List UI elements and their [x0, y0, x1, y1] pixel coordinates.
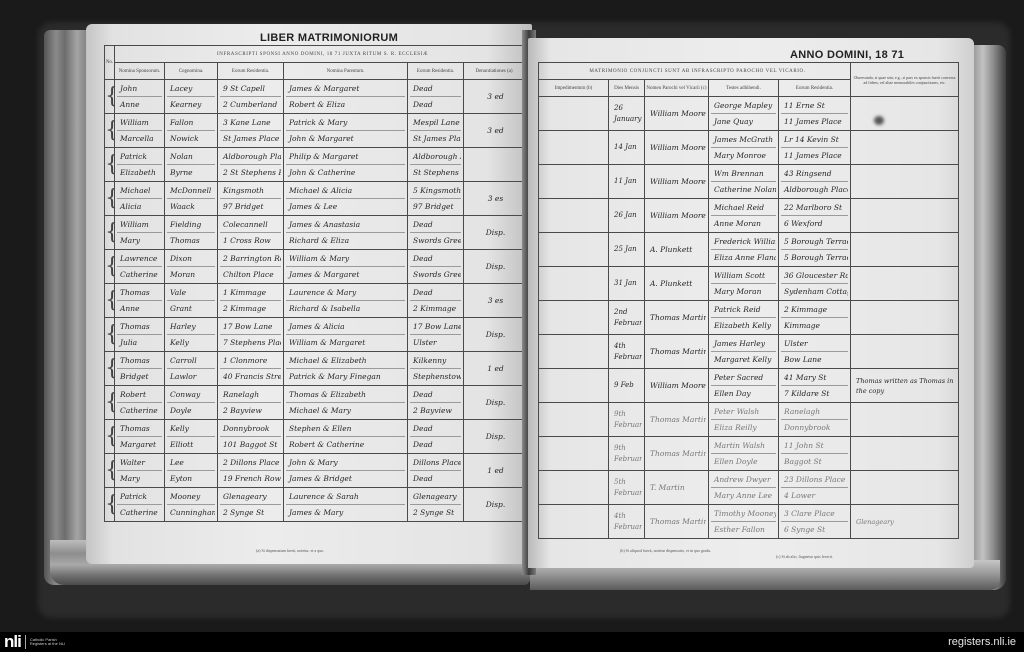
handwritten-entry: Michael Reid	[711, 200, 776, 216]
handwritten-entry: 17 Bow Lane	[220, 319, 281, 335]
handwritten-entry: 6 Synge St	[781, 522, 848, 537]
handwritten-entry: 40 Francis Street	[220, 369, 281, 384]
table-row: {ThomasJuliaHarleyKelly17 Bow Lane7 Step…	[105, 318, 525, 352]
handwritten-entry: 2 Kimmage	[781, 302, 848, 318]
handwritten-entry: 11 Jan	[611, 176, 642, 187]
cell-residences: Colecannell1 Cross Row	[218, 216, 284, 250]
handwritten-entry: 2 Cumberland	[220, 97, 281, 112]
cell-notes	[851, 403, 959, 437]
cell-priest: William Moore	[645, 199, 709, 233]
cell-residences: Ranelagh2 Bayview	[218, 386, 284, 420]
handwritten-entry: Martin Walsh	[711, 438, 776, 454]
handwritten-entry: 5 Borough Terrace	[781, 234, 848, 250]
cell-date: 25 Jan	[609, 233, 645, 267]
handwritten-entry: Eliza Reilly	[711, 420, 776, 435]
handwritten-entry: 9th February	[611, 409, 642, 431]
cell-impediment	[539, 267, 609, 301]
table-row: 14 JanWilliam MooreJames McGrathMary Mon…	[539, 131, 959, 165]
handwritten-entry: Thomas	[117, 421, 162, 437]
cell-date: 9 Feb	[609, 369, 645, 403]
cell-witness-residence: 41 Mary St7 Kildare St	[779, 369, 851, 403]
handwritten-entry: Mary	[117, 471, 162, 486]
cell-witness-residence: 11 John StBaggot St	[779, 437, 851, 471]
cell-parents-residence: Dead2 Kimmage	[408, 284, 464, 318]
entry-brace: {	[105, 216, 115, 250]
cell-residences: 17 Bow Lane7 Stephens Place	[218, 318, 284, 352]
cell-priest: Thomas Martin	[645, 403, 709, 437]
cell-priest: Thomas Martin	[645, 301, 709, 335]
handwritten-entry: Kearney	[167, 97, 215, 112]
handwritten-entry: Walter	[117, 455, 162, 471]
handwritten-entry: T. Martin	[647, 480, 706, 495]
handwritten-entry: Grant	[167, 301, 215, 316]
table-row: 4th FebruaryThomas MartinTimothy MooneyE…	[539, 505, 959, 539]
cell-notes: Thomas written as Thomas in the copy	[851, 369, 959, 403]
table-row: 4th FebruaryThomas MartinJames HarleyMar…	[539, 335, 959, 369]
handwritten-entry: 31 Jan	[611, 278, 642, 289]
handwritten-entry: Elliott	[167, 437, 215, 452]
handwritten-entry: Lawrence	[117, 251, 162, 267]
cell-priest: T. Martin	[645, 471, 709, 505]
handwritten-entry: St James Place	[220, 131, 281, 146]
col-header-given: Nomina Sponsorum.	[115, 63, 165, 80]
cell-banns	[464, 148, 525, 182]
handwritten-entry: George Mapley	[711, 98, 776, 114]
handwritten-entry: 9 Feb	[611, 380, 642, 391]
handwritten-entry: 43 Ringsend	[781, 166, 848, 182]
cell-date: 9th February	[609, 403, 645, 437]
handwritten-entry: Swords Green	[410, 233, 461, 248]
handwritten-entry: St Stephens Place	[410, 165, 461, 180]
handwritten-entry: Thomas	[117, 319, 162, 335]
handwritten-entry: 11 John St	[781, 438, 848, 454]
handwritten-entry: Aldborough Place	[220, 149, 281, 165]
handwritten-entry: William Moore	[647, 208, 706, 223]
handwritten-entry: 17 Bow Lane	[410, 319, 461, 335]
cell-parents-residence: 17 Bow LaneUlster	[408, 318, 464, 352]
cell-surnames: ValeGrant	[165, 284, 218, 318]
cell-surnames: ConwayDoyle	[165, 386, 218, 420]
cell-impediment	[539, 131, 609, 165]
left-page-title: LIBER MATRIMONIORUM	[260, 32, 398, 44]
right-page-footnote-b: (b) Si aliquod fuerit, notetur dispensat…	[620, 548, 711, 553]
cell-notes	[851, 165, 959, 199]
handwritten-entry: William Moore	[647, 378, 706, 393]
cell-notes	[851, 97, 959, 131]
handwritten-entry: Richard & Eliza	[286, 233, 405, 248]
table-row: 5th FebruaryT. MartinAndrew DwyerMary An…	[539, 471, 959, 505]
entry-brace: {	[105, 80, 115, 114]
handwritten-entry: 2 Bayview	[220, 403, 281, 418]
cell-impediment	[539, 403, 609, 437]
nli-logo-mark: nli	[4, 633, 21, 651]
handwritten-entry: Robert & Eliza	[286, 97, 405, 112]
cell-banns: Disp.	[464, 216, 525, 250]
handwritten-entry: James & Anastasia	[286, 217, 405, 233]
handwritten-entry: 2 Kimmage	[220, 301, 281, 316]
cell-parents-names: Michael & AliciaJames & Lee	[284, 182, 408, 216]
cell-date: 11 Jan	[609, 165, 645, 199]
handwritten-entry: Disp.	[466, 327, 522, 342]
handwritten-entry: Thomas Martin	[647, 310, 706, 325]
handwritten-entry: Thomas	[117, 285, 162, 301]
handwritten-entry: 9th February	[611, 443, 642, 465]
cell-given-names: ThomasJulia	[115, 318, 165, 352]
handwritten-entry: Disp.	[466, 259, 522, 274]
handwritten-entry: Aldborough Place	[410, 149, 461, 165]
handwritten-entry: Marcella	[117, 131, 162, 146]
cell-parents-names: James & AnastasiaRichard & Eliza	[284, 216, 408, 250]
cell-parents-residence: DeadDead	[408, 420, 464, 454]
handwritten-entry: 26 Jan	[611, 210, 642, 221]
handwritten-entry: Margaret Kelly	[711, 352, 776, 367]
cell-banns: 3 ed	[464, 80, 525, 114]
table-row: 11 JanWilliam MooreWm BrennanCatherine N…	[539, 165, 959, 199]
entry-brace: {	[105, 386, 115, 420]
handwritten-entry: James McGrath	[711, 132, 776, 148]
cell-notes	[851, 199, 959, 233]
handwritten-entry: Carroll	[167, 353, 215, 369]
handwritten-entry: Disp.	[466, 429, 522, 444]
handwritten-entry: Catherine	[117, 403, 162, 418]
handwritten-entry: Baggot St	[781, 454, 848, 469]
marriage-register-table-right: MATRIMONIO CONJUNCTI SUNT AB INFRASCRIPT…	[538, 62, 959, 539]
handwritten-entry: Bridget	[117, 369, 162, 384]
col-header-priest: Nomen Parochi vel Vicarii (c)	[645, 80, 709, 97]
handwritten-entry: Patrick Reid	[711, 302, 776, 318]
handwritten-entry: Dixon	[167, 251, 215, 267]
table-row: 31 JanA. PlunkettWilliam ScottMary Moran…	[539, 267, 959, 301]
logo-divider	[25, 635, 26, 649]
cell-surnames: DixonMoran	[165, 250, 218, 284]
left-page-banner: INFRASCRIPTI SPONSI ANNO DOMINI, 18 71 J…	[115, 46, 525, 63]
handwritten-entry: 1 ed	[466, 361, 522, 376]
cell-parents-residence: Glenageary2 Synge St	[408, 488, 464, 522]
viewer-footer	[0, 632, 1024, 652]
handwritten-entry: Disp.	[466, 225, 522, 240]
handwritten-entry: A. Plunkett	[647, 242, 706, 257]
cell-parents-residence: DeadDead	[408, 80, 464, 114]
cell-parents-residence: KilkennyStephenstown	[408, 352, 464, 386]
handwritten-entry: Ranelagh	[781, 404, 848, 420]
cell-notes	[851, 131, 959, 165]
handwritten-entry: 9 St Capell	[220, 81, 281, 97]
handwritten-entry: William Scott	[711, 268, 776, 284]
handwritten-entry: 97 Bridget	[410, 199, 461, 214]
handwritten-entry: McDonnell	[167, 183, 215, 199]
handwritten-entry: Patrick	[117, 149, 162, 165]
entry-brace: {	[105, 454, 115, 488]
table-row: 2nd FebruaryThomas MartinPatrick ReidEli…	[539, 301, 959, 335]
cell-banns: 3 es	[464, 182, 525, 216]
cell-residences: 3 Kane LaneSt James Place	[218, 114, 284, 148]
handwritten-entry: Laurence & Sarah	[286, 489, 405, 505]
handwritten-entry: 4th February	[611, 511, 642, 533]
table-row: {ThomasAnneValeGrant1 Kimmage2 KimmageLa…	[105, 284, 525, 318]
handwritten-entry: Mary	[117, 233, 162, 248]
handwritten-entry: Lawlor	[167, 369, 215, 384]
table-row: {ThomasBridgetCarrollLawlor1 Clonmore40 …	[105, 352, 525, 386]
handwritten-entry: John & Catherine	[286, 165, 405, 180]
handwritten-entry: William Moore	[647, 140, 706, 155]
handwritten-entry: Mary Anne Lee	[711, 488, 776, 503]
table-row: 9th FebruaryThomas MartinMartin WalshEll…	[539, 437, 959, 471]
cell-surnames: HarleyKelly	[165, 318, 218, 352]
table-row: 25 JanA. PlunkettFrederick William Flana…	[539, 233, 959, 267]
cell-witnesses: Michael ReidAnne Moran	[709, 199, 779, 233]
handwritten-entry: Kelly	[167, 335, 215, 350]
handwritten-entry: 11 Erne St	[781, 98, 848, 114]
handwritten-entry: Nolan	[167, 149, 215, 165]
cell-banns: 3 es	[464, 284, 525, 318]
handwritten-entry: Anne	[117, 97, 162, 112]
handwritten-entry: Anne	[117, 301, 162, 316]
cell-parents-residence: Aldborough PlaceSt Stephens Place	[408, 148, 464, 182]
handwritten-entry: 3 es	[466, 191, 522, 206]
handwritten-entry: Thomas Martin	[647, 514, 706, 529]
cell-surnames: MooneyCunningham	[165, 488, 218, 522]
entry-brace: {	[105, 318, 115, 352]
cell-impediment	[539, 97, 609, 131]
cell-date: 31 Jan	[609, 267, 645, 301]
handwritten-entry: Mooney	[167, 489, 215, 505]
cell-parents-residence: DeadSwords Green	[408, 250, 464, 284]
cell-witnesses: William ScottMary Moran	[709, 267, 779, 301]
cell-impediment	[539, 471, 609, 505]
handwritten-entry: Aldborough Place	[781, 182, 848, 197]
handwritten-entry: Thomas & Elizabeth	[286, 387, 405, 403]
handwritten-entry: William	[117, 217, 162, 233]
cell-parents-residence: Dillons PlaceDead	[408, 454, 464, 488]
cell-priest: William Moore	[645, 165, 709, 199]
cell-priest: Thomas Martin	[645, 505, 709, 539]
handwritten-entry: 2 Dillons Place	[220, 455, 281, 471]
cell-given-names: WilliamMary	[115, 216, 165, 250]
handwritten-entry: Fielding	[167, 217, 215, 233]
handwritten-entry: Robert & Catherine	[286, 437, 405, 452]
cell-witnesses: Wm BrennanCatherine Nolan	[709, 165, 779, 199]
cell-witness-residence: 36 Gloucester RoadSydenham Cottage	[779, 267, 851, 301]
handwritten-entry: Dillons Place	[410, 455, 461, 471]
handwritten-entry: William & Margaret	[286, 335, 405, 350]
handwritten-entry: Dead	[410, 251, 461, 267]
handwritten-entry: John & Margaret	[286, 131, 405, 146]
handwritten-entry: John	[117, 81, 162, 97]
handwritten-entry: 7 Kildare St	[781, 386, 848, 401]
cell-surnames: LaceyKearney	[165, 80, 218, 114]
handwritten-entry: Patrick	[117, 489, 162, 505]
cell-priest: Thomas Martin	[645, 437, 709, 471]
handwritten-entry: 41 Mary St	[781, 370, 848, 386]
cell-impediment	[539, 437, 609, 471]
handwritten-entry: Lee	[167, 455, 215, 471]
table-row: 9th FebruaryThomas MartinPeter WalshEliz…	[539, 403, 959, 437]
cell-banns: 1 ed	[464, 352, 525, 386]
handwritten-entry: Laurence & Mary	[286, 285, 405, 301]
cell-banns: Disp.	[464, 488, 525, 522]
cell-witnesses: James HarleyMargaret Kelly	[709, 335, 779, 369]
handwritten-entry: 2 Synge St	[410, 505, 461, 520]
handwritten-entry: 3 ed	[466, 123, 522, 138]
table-row: {RobertCatherineConwayDoyleRanelagh2 Bay…	[105, 386, 525, 420]
handwritten-entry: 14 Jan	[611, 142, 642, 153]
handwritten-entry: 1 Kimmage	[220, 285, 281, 301]
handwritten-entry: 2 St Stephens Place	[220, 165, 281, 180]
handwritten-entry: Glenageary	[853, 517, 956, 527]
cell-banns: Disp.	[464, 386, 525, 420]
cell-witness-residence: 2 KimmageKimmage	[779, 301, 851, 335]
register-page-left: LIBER MATRIMONIORUM No. INFRASCRIPTI SPO…	[86, 24, 532, 564]
handwritten-entry: Colecannell	[220, 217, 281, 233]
cell-surnames: KellyElliott	[165, 420, 218, 454]
table-row: 26 JanuaryWilliam MooreGeorge MapleyJane…	[539, 97, 959, 131]
cell-parents-names: Michael & ElizabethPatrick & Mary Finega…	[284, 352, 408, 386]
handwritten-entry: Ellen Day	[711, 386, 776, 401]
cell-surnames: CarrollLawlor	[165, 352, 218, 386]
handwritten-entry: James & Lee	[286, 199, 405, 214]
entry-brace: {	[105, 352, 115, 386]
handwritten-entry: Mary Monroe	[711, 148, 776, 163]
cell-priest: William Moore	[645, 97, 709, 131]
handwritten-entry: 3 ed	[466, 89, 522, 104]
cell-witness-residence: 5 Borough Terrace5 Borough Terrace	[779, 233, 851, 267]
entry-brace: {	[105, 182, 115, 216]
cell-impediment	[539, 505, 609, 539]
handwritten-entry: Disp.	[466, 497, 522, 512]
cell-parents-names: Laurence & SarahJames & Mary	[284, 488, 408, 522]
handwritten-entry: 26 January	[611, 103, 642, 125]
handwritten-entry: Dead	[410, 97, 461, 112]
handwritten-entry: Harley	[167, 319, 215, 335]
handwritten-entry: James Harley	[711, 336, 776, 352]
handwritten-entry: Swords Green	[410, 267, 461, 282]
handwritten-entry: Dead	[410, 437, 461, 452]
handwritten-entry: Dead	[410, 471, 461, 486]
col-header-parents: Nomina Parentum.	[284, 63, 408, 80]
cell-witnesses: Patrick ReidElizabeth Kelly	[709, 301, 779, 335]
cell-parents-names: James & MargaretRobert & Eliza	[284, 80, 408, 114]
handwritten-entry: Donnybrook	[781, 420, 848, 435]
handwritten-entry: Dead	[410, 387, 461, 403]
image-viewer[interactable]: LIBER MATRIMONIORUM No. INFRASCRIPTI SPO…	[0, 0, 1024, 632]
cell-date: 4th February	[609, 505, 645, 539]
cell-witnesses: Martin WalshEllen Doyle	[709, 437, 779, 471]
cell-priest: Thomas Martin	[645, 335, 709, 369]
cell-witness-residence: 3 Clare Place6 Synge St	[779, 505, 851, 539]
handwritten-entry: Elizabeth	[117, 165, 162, 180]
cell-parents-residence: Dead2 Bayview	[408, 386, 464, 420]
marriage-register-table-left: No. INFRASCRIPTI SPONSI ANNO DOMINI, 18 …	[104, 45, 525, 522]
cell-witness-residence: 11 Erne St11 James Place	[779, 97, 851, 131]
cell-banns: 1 ed	[464, 454, 525, 488]
cell-witnesses: James McGrathMary Monroe	[709, 131, 779, 165]
handwritten-entry: Thomas Martin	[647, 446, 706, 461]
handwritten-entry: 2 Barrington Road	[220, 251, 281, 267]
col-header-parents-residence: Eorum Residentia.	[408, 63, 464, 80]
handwritten-entry: Peter Sacred	[711, 370, 776, 386]
cell-given-names: RobertCatherine	[115, 386, 165, 420]
handwritten-entry: 19 French Row	[220, 471, 281, 486]
cell-witnesses: Frederick William FlanaganEliza Anne Fla…	[709, 233, 779, 267]
nli-logo[interactable]: nli Catholic Parish Registers at the NLI	[4, 633, 70, 651]
cell-priest: William Moore	[645, 369, 709, 403]
handwritten-entry: Thomas	[117, 353, 162, 369]
handwritten-entry: Alicia	[117, 199, 162, 214]
left-page-footnote: (a) Si dispensatum fuerit, notetur, et a…	[256, 548, 324, 553]
handwritten-entry: Donnybrook	[220, 421, 281, 437]
cell-parents-names: Philip & MargaretJohn & Catherine	[284, 148, 408, 182]
right-page-banner: MATRIMONIO CONJUNCTI SUNT AB INFRASCRIPT…	[539, 63, 851, 80]
handwritten-entry: 4th February	[611, 341, 642, 363]
handwritten-entry: Michael & Elizabeth	[286, 353, 405, 369]
cell-residences: Glenageary2 Synge St	[218, 488, 284, 522]
cell-witness-residence: UlsterBow Lane	[779, 335, 851, 369]
handwritten-entry: 11 James Place	[781, 114, 848, 129]
cell-date: 9th February	[609, 437, 645, 471]
handwritten-entry: Mary Moran	[711, 284, 776, 299]
handwritten-entry: 2 Kimmage	[410, 301, 461, 316]
handwritten-entry: 101 Baggot St	[220, 437, 281, 452]
cell-impediment	[539, 335, 609, 369]
handwritten-entry: Anne Moran	[711, 216, 776, 231]
table-row: {WilliamMaryFieldingThomasColecannell1 C…	[105, 216, 525, 250]
cell-witness-residence: 23 Dillons Place4 Lower	[779, 471, 851, 505]
handwritten-entry: Esther Fallon	[711, 522, 776, 537]
handwritten-entry: Thomas Martin	[647, 412, 706, 427]
cell-date: 5th February	[609, 471, 645, 505]
handwritten-entry: Jane Quay	[711, 114, 776, 129]
handwritten-entry: John & Mary	[286, 455, 405, 471]
cell-parents-residence: 5 Kingsmoth Str97 Bridget	[408, 182, 464, 216]
cell-notes	[851, 335, 959, 369]
cell-date: 26 January	[609, 97, 645, 131]
cell-given-names: ThomasAnne	[115, 284, 165, 318]
cell-banns: Disp.	[464, 420, 525, 454]
handwritten-entry: Julia	[117, 335, 162, 350]
handwritten-entry: James & Margaret	[286, 267, 405, 282]
handwritten-entry: Kelly	[167, 421, 215, 437]
col-header-surname: Cognomina.	[165, 63, 218, 80]
cell-residences: 1 Kimmage2 Kimmage	[218, 284, 284, 318]
handwritten-entry: A. Plunkett	[647, 276, 706, 291]
cell-priest: A. Plunkett	[645, 267, 709, 301]
handwritten-entry: Dead	[410, 81, 461, 97]
col-header-banns: Denuntiationes (a)	[464, 63, 525, 80]
handwritten-entry: Dead	[410, 285, 461, 301]
registers-site-link[interactable]: registers.nli.ie	[948, 636, 1016, 648]
handwritten-entry: Nowick	[167, 131, 215, 146]
cell-residences: Donnybrook101 Baggot St	[218, 420, 284, 454]
cell-witness-residence: 22 Marlboro St6 Wexford	[779, 199, 851, 233]
cell-witnesses: Peter SacredEllen Day	[709, 369, 779, 403]
handwritten-entry: 3 Kane Lane	[220, 115, 281, 131]
col-header-date: Dies Mensis	[609, 80, 645, 97]
col-header-number: No.	[105, 46, 115, 80]
handwritten-entry: 23 Dillons Place	[781, 472, 848, 488]
handwritten-entry: Michael	[117, 183, 162, 199]
cell-residences: 2 Barrington RoadChilton Place	[218, 250, 284, 284]
table-row: {ThomasMargaretKellyElliottDonnybrook101…	[105, 420, 525, 454]
handwritten-entry: 11 James Place	[781, 148, 848, 163]
table-row: 26 JanWilliam MooreMichael ReidAnne Mora…	[539, 199, 959, 233]
cell-surnames: FieldingThomas	[165, 216, 218, 250]
handwritten-entry: Stephen & Ellen	[286, 421, 405, 437]
cell-residences: Kingsmoth97 Bridget	[218, 182, 284, 216]
handwritten-entry: Margaret	[117, 437, 162, 452]
entry-brace: {	[105, 148, 115, 182]
handwritten-entry: Thomas Martin	[647, 344, 706, 359]
cell-witness-residence: Lr 14 Kevin St11 James Place	[779, 131, 851, 165]
